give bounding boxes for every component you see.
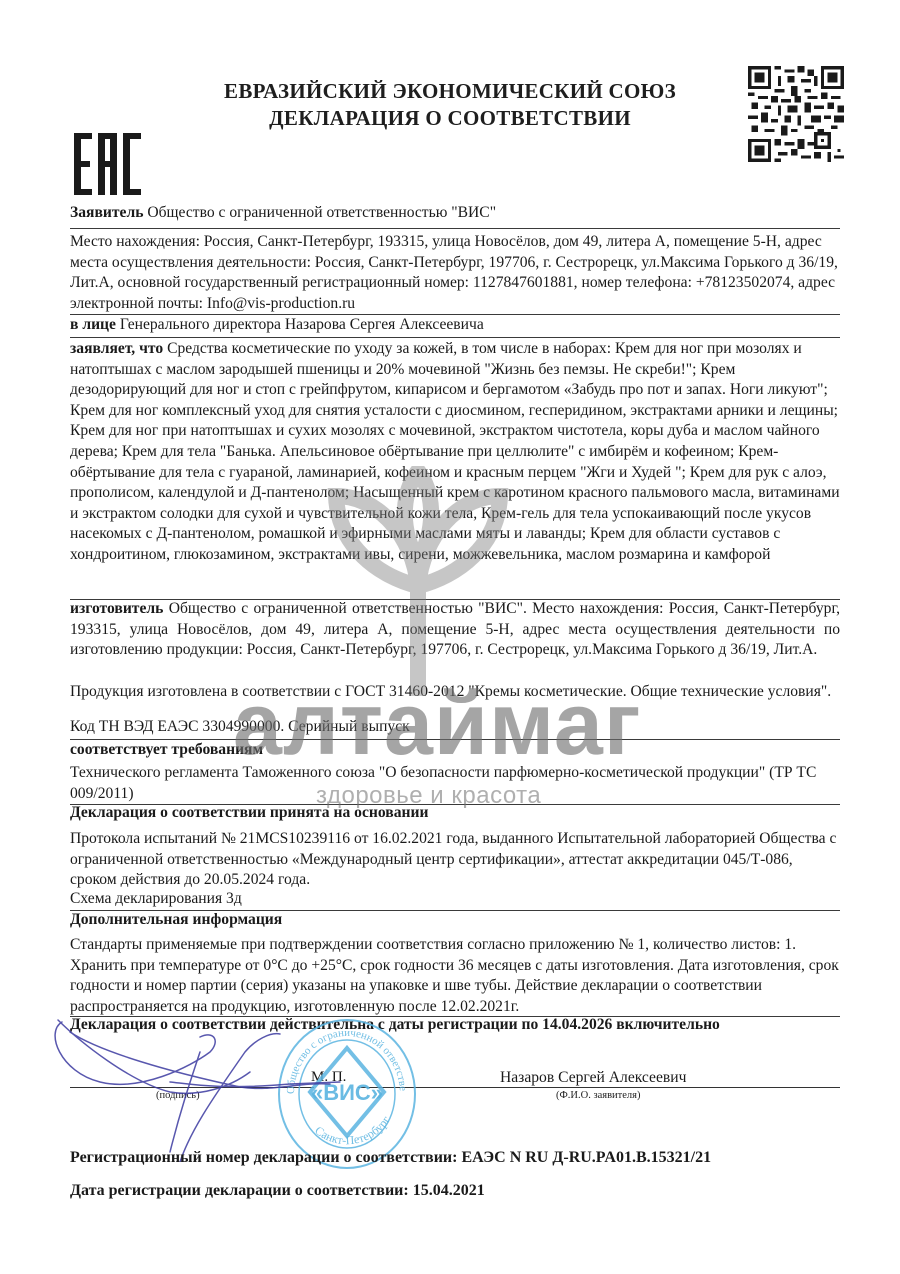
title-union: ЕВРАЗИЙСКИЙ ЭКОНОМИЧЕСКИЙ СОЮЗ	[170, 78, 730, 105]
additional-heading: Дополнительная информация	[70, 910, 840, 931]
applicant-value: Общество с ограниченной ответственностью…	[147, 204, 496, 221]
applicant-row: Заявитель Общество с ограниченной ответс…	[70, 203, 840, 224]
signer-name: Назаров Сергей Алексеевич	[500, 1069, 686, 1087]
registration-number: Регистрационный номер декларации о соотв…	[70, 1149, 711, 1167]
declares-label: заявляет, что	[70, 340, 163, 357]
representative-label: в лице	[70, 316, 116, 333]
additional-value: Стандарты применяемые при подтверждении …	[70, 935, 840, 1017]
declaration-page: ЕВРАЗИЙСКИЙ ЭКОНОМИЧЕСКИЙ СОЮЗ ДЕКЛАРАЦИ…	[0, 0, 900, 1274]
eac-mark-icon	[72, 131, 144, 197]
applicant-address: Место нахождения: Россия, Санкт-Петербур…	[70, 232, 840, 314]
title-declaration: ДЕКЛАРАЦИЯ О СООТВЕТСТВИИ	[170, 105, 730, 132]
representative-row: в лице Генерального директора Назарова С…	[70, 315, 840, 336]
basis-value: Протокола испытаний № 21MCS10239116 от 1…	[70, 829, 840, 891]
qr-code-icon	[748, 66, 844, 162]
representative-value: Генерального директора Назарова Сергея А…	[120, 316, 484, 333]
basis-scheme: Схема декларирования 3д	[70, 889, 840, 910]
document-title: ЕВРАЗИЙСКИЙ ЭКОНОМИЧЕСКИЙ СОЮЗ ДЕКЛАРАЦИ…	[170, 78, 730, 132]
divider	[70, 337, 840, 338]
signer-caption: (Ф.И.О. заявителя)	[556, 1090, 641, 1101]
signer-line	[358, 1087, 840, 1088]
handwritten-signature-icon	[40, 1012, 370, 1162]
applicant-label: Заявитель	[70, 204, 143, 221]
watermark-brand: алтаймаг	[233, 680, 642, 768]
divider	[70, 228, 840, 229]
watermark-leaf-logo-icon	[318, 466, 518, 706]
registration-date: Дата регистрации декларации о соответств…	[70, 1182, 485, 1200]
manufacturer-label: изготовитель	[70, 600, 163, 617]
watermark-tagline: здоровье и красота	[316, 782, 541, 810]
